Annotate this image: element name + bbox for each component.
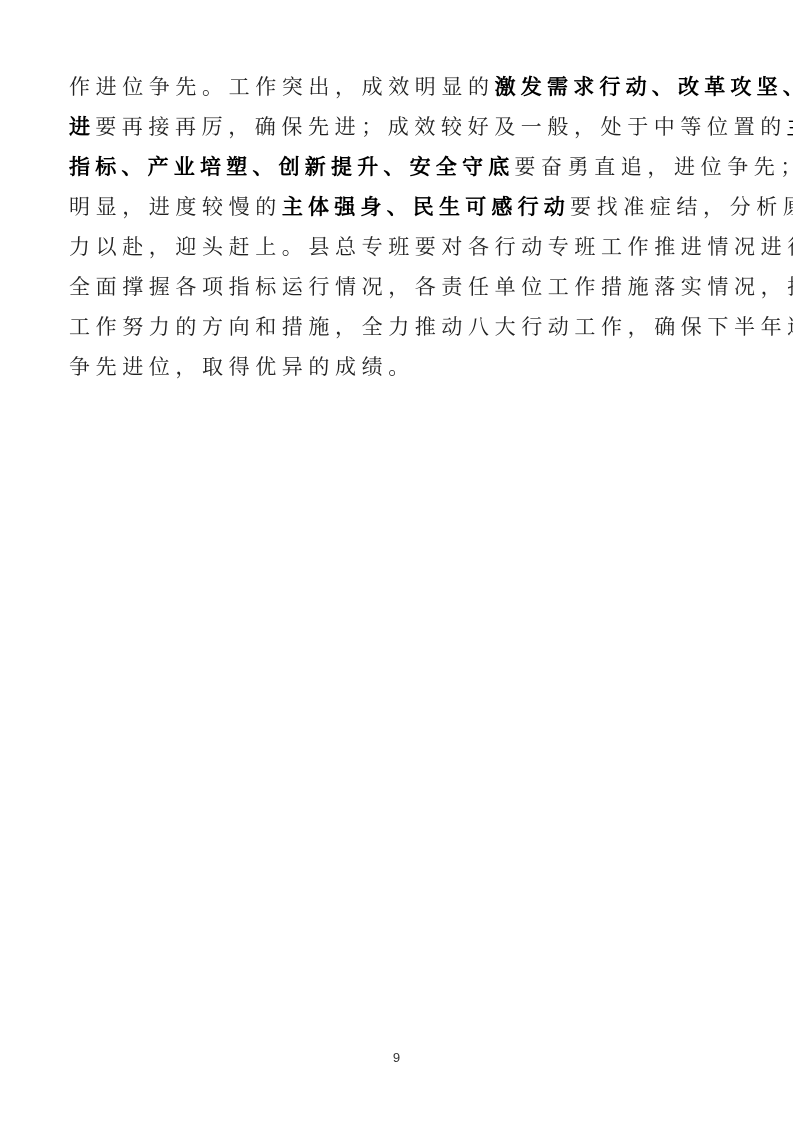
bold-text-segment: 进 bbox=[69, 114, 95, 139]
text-line: 全面撑握各项指标运行情况，各责任单位工作措施落实情况，提出下步 bbox=[69, 270, 725, 310]
text-line: 力以赴，迎头赶上。县总专班要对各行动专班工作推进情况进行调研， bbox=[69, 230, 725, 270]
text-line: 指标、产业培塑、创新提升、安全守底要奋勇直追，进位争先；成效不 bbox=[69, 150, 725, 190]
bold-text-segment: 主要经济 bbox=[787, 114, 793, 139]
bold-text-segment: 主体强身、民生可感行动 bbox=[282, 194, 570, 219]
text-segment: 全面撑握各项指标运行情况，各责任单位工作措施落实情况，提出下步 bbox=[69, 275, 793, 299]
text-line: 明显，进度较慢的主体强身、民生可感行动要找准症结，分析原因，全 bbox=[69, 190, 725, 230]
text-segment: 明显，进度较慢的 bbox=[69, 195, 282, 219]
text-segment: 力以赴，迎头赶上。县总专班要对各行动专班工作推进情况进行调研， bbox=[69, 235, 793, 259]
body-paragraph: 作进位争先。工作突出，成效明显的激发需求行动、改革攻坚、区域共 进要再接再厉，确… bbox=[69, 70, 725, 390]
text-segment: 争先进位，取得优异的成绩。 bbox=[69, 355, 415, 379]
text-segment: 要找准症结，分析原因，全 bbox=[570, 195, 793, 219]
document-page: 作进位争先。工作突出，成效明显的激发需求行动、改革攻坚、区域共 进要再接再厉，确… bbox=[0, 0, 793, 1122]
text-segment: 工作努力的方向和措施，全力推动八大行动工作，确保下半年迎头赶上， bbox=[69, 315, 793, 339]
text-line: 进要再接再厉，确保先进；成效较好及一般，处于中等位置的主要经济 bbox=[69, 110, 725, 150]
text-line: 工作努力的方向和措施，全力推动八大行动工作，确保下半年迎头赶上， bbox=[69, 310, 725, 350]
text-segment: 作进位争先。工作突出，成效明显的 bbox=[69, 75, 495, 99]
text-line: 争先进位，取得优异的成绩。 bbox=[69, 350, 725, 390]
bold-text-segment: 指标、产业培塑、创新提升、安全守底 bbox=[69, 154, 514, 179]
text-segment: 要奋勇直追，进位争先；成效不 bbox=[514, 155, 793, 179]
page-number: 9 bbox=[0, 1050, 793, 1065]
text-line: 作进位争先。工作突出，成效明显的激发需求行动、改革攻坚、区域共 bbox=[69, 70, 725, 110]
text-segment: 要再接再厉，确保先进；成效较好及一般，处于中等位置的 bbox=[95, 115, 787, 139]
bold-text-segment: 激发需求行动、改革攻坚、区域共 bbox=[495, 74, 793, 99]
